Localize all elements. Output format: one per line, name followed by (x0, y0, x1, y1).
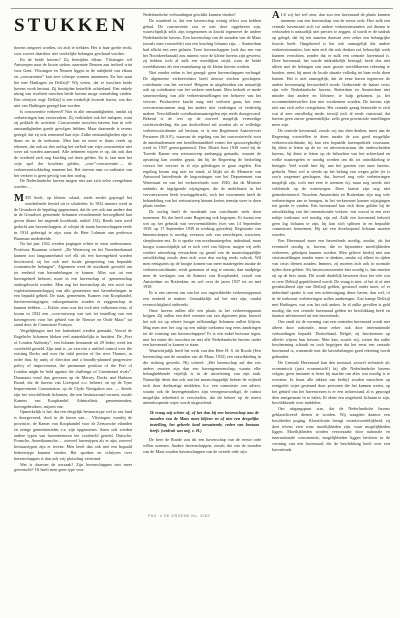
paragraph: Na het jaar 1922 werden pogingen echter … (14, 241, 132, 328)
paragraph: Waarschijnlijk heeft het werk van den He… (143, 348, 261, 406)
paragraph: Wat is daarvan de oorzaak? Zijn havensch… (14, 462, 132, 474)
paragraph: De heer de Roode zou dit een havenschap … (143, 437, 261, 454)
paragraph: Opmerkelijk is het, dat een dergelijk be… (14, 409, 132, 461)
drop-cap: M (14, 195, 25, 203)
paragraph: Ons uitgangspunt was, dat de Nederlandsc… (272, 406, 390, 452)
page-footer: PAG. 4 DE GROENE No. 3362 (148, 514, 210, 518)
text-column-1: STUKKEN havens omgezet worden, tot zich … (14, 12, 132, 473)
paragraph: havens omgezet worden, tot zich te trekk… (14, 45, 132, 57)
paragraph: De Nederlandsche havens mogen niet aan z… (14, 178, 132, 190)
paragraph: Niet zonder reden is het gezegd: geen ha… (143, 70, 261, 209)
drop-cap: A (272, 12, 281, 20)
emphasized-passage: Ik vraag mij echter af, of het dan bij e… (143, 410, 261, 433)
paragraph: MEN heeft, op kleiner schaal, reeds eerd… (14, 195, 132, 241)
article-title: STUKKEN (14, 15, 132, 37)
paragraph: De waarheid is, dat een havenschap weini… (143, 18, 261, 70)
top-rule (11, 8, 393, 9)
paragraph: Er is een streven om van het zoo ingewik… (143, 290, 261, 307)
paragraph: De centrale havenraad, zooals wij ons di… (272, 128, 390, 238)
paragraph: ALS wij het wel zien, dan zou een havenr… (272, 12, 390, 128)
paragraph: En de beide havens? Zij bestrijden elkaa… (14, 57, 132, 109)
paragraph: Vergelijkingen met het buitenland werden… (14, 328, 132, 409)
paragraph: Een Havenraad moet een havenfonds noodig… (272, 238, 390, 319)
paragraph: Ons raadt tot de vorming van een central… (272, 319, 390, 360)
text-column-3: ALS wij het wel zien, dan zou een havenr… (272, 12, 390, 453)
paragraph: Onze havens zullen alle een plaats in he… (143, 308, 261, 349)
paragraph: Is concurrentie verkeerd? Niet in alle o… (14, 109, 132, 179)
magazine-page: STUKKEN havens omgezet worden, tot zich … (0, 0, 400, 618)
article-columns: STUKKEN havens omgezet worden, tot zich … (14, 12, 390, 473)
text-column-2: Nederlandsche verhoudingen geschikt kunn… (143, 12, 261, 455)
paragraph: De oorlog heeft de noodzaak van coördina… (143, 209, 261, 290)
paragraph: De Centrale Havenraad kan den toestand, … (272, 360, 390, 406)
